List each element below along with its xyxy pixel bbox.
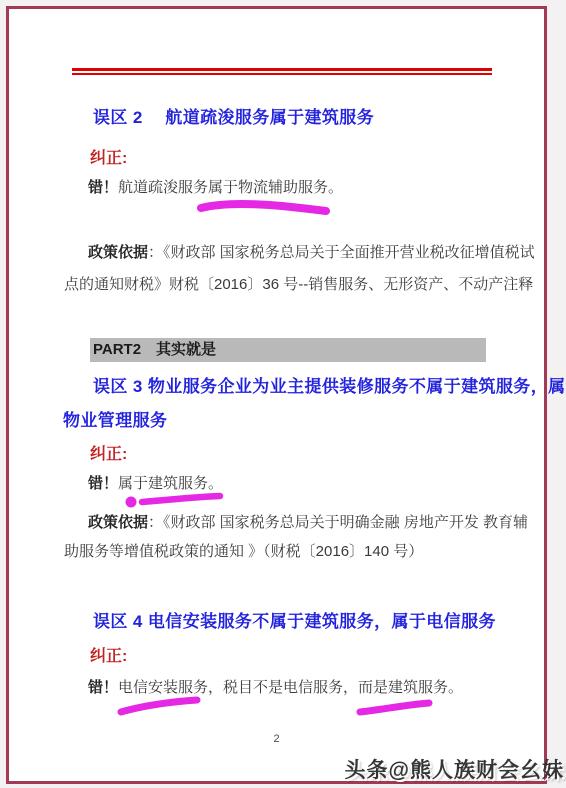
correction-label-3: 纠正: (90, 445, 127, 465)
policy-text-3-line1: ：《财政部 国家税务总局关于明确金融 房地产开发 教育辅 (148, 514, 528, 531)
heading-misconception-4: 误区 4 电信安装服务不属于建筑服务，属于电信服务 (93, 612, 496, 632)
wrong-lead-3: 错！ (88, 475, 118, 492)
correction-label-2: 纠正: (90, 149, 127, 169)
watermark-text: 头条@熊人族财会幺妹 (345, 754, 564, 784)
marker-underline-4 (356, 698, 434, 718)
policy-basis-2-line2: 点的通知财税》财税〔2016〕36 号--销售服务、无形资产、不动产注释 (64, 275, 533, 295)
heading-misconception-3-line2: 物业管理服务 (63, 411, 167, 431)
policy-basis-3-line2: 助服务等增值税政策的通知 》（财税〔2016〕140 号） (64, 542, 423, 562)
correction-label-4: 纠正: (90, 647, 127, 667)
heading-misconception-3-line1: 误区 3 物业服务企业为业主提供装修服务不属于建筑服务，属于 (93, 377, 566, 397)
wrong-text-3: 属于建筑服务。 (118, 475, 223, 492)
policy-text-2-line1: ：《财政部 国家税务总局关于全面推开营业税改征增值税试 (148, 244, 535, 261)
document-page: 误区 2 航道疏浚服务属于建筑服务 纠正: 错！航道疏浚服务属于物流辅助服务。 … (0, 0, 566, 788)
marker-underline-2 (122, 491, 226, 509)
policy-basis-2-line1: 政策依据：《财政部 国家税务总局关于全面推开营业税改征增值税试 (88, 243, 535, 263)
marker-underline-3 (116, 695, 202, 717)
marker-underline-1 (196, 198, 332, 218)
wrong-lead-2: 错！ (88, 179, 118, 196)
wrong-text-4: 电信安装服务，税目不是电信服务，而是建筑服务。 (118, 679, 463, 696)
wrong-text-2: 航道疏浚服务属于物流辅助服务。 (118, 179, 343, 196)
wrong-lead-4: 错！ (88, 679, 118, 696)
header-double-rule (72, 68, 492, 75)
policy-basis-3-line1: 政策依据：《财政部 国家税务总局关于明确金融 房地产开发 教育辅 (88, 513, 528, 533)
wrong-statement-2: 错！航道疏浚服务属于物流辅助服务。 (88, 178, 343, 198)
part2-section-bar: PART2 其实就是 (90, 338, 486, 362)
policy-label-2: 政策依据 (88, 244, 148, 261)
heading-misconception-2: 误区 2 航道疏浚服务属于建筑服务 (93, 108, 374, 128)
policy-label-3: 政策依据 (88, 514, 148, 531)
page-number: 2 (9, 733, 544, 745)
